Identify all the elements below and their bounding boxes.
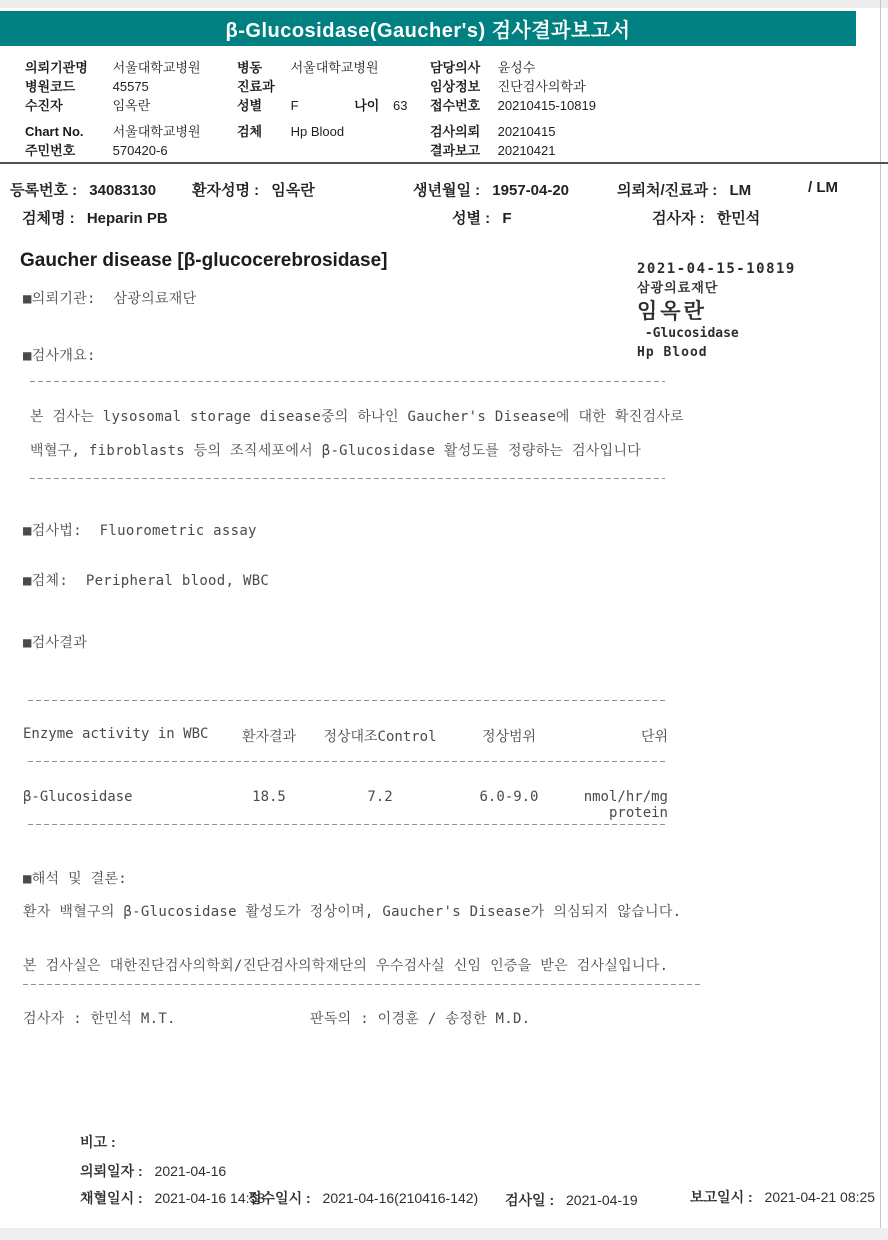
reader-signature: 판독의 : 이경훈 / 송정한 M.D. [310, 1008, 530, 1028]
field-value: 삼광의료재단 [114, 291, 197, 307]
stamp-accession-number: 2021-04-15-10819 [637, 261, 796, 279]
top-gray-strip [0, 0, 888, 8]
column-header: 환자결과 [228, 726, 310, 746]
test-date: 검사일 : 2021-04-19 [505, 1190, 638, 1210]
field-value: 20210415 [498, 124, 556, 139]
info-row: 병원코드 45575 [25, 77, 201, 96]
column-header: Enzyme activity in WBC [23, 726, 228, 746]
field-value: 20210415-10819 [498, 98, 596, 113]
unit: nmol/hr/mg protein [568, 789, 668, 821]
field-label: 보고일시 : [690, 1189, 753, 1205]
column-header: 단위 [568, 726, 668, 746]
field-label: 병동 [237, 58, 287, 77]
report-datetime: 보고일시 : 2021-04-21 08:25 [690, 1187, 875, 1207]
info-row: 의뢰기관명 서울대학교병원 [25, 58, 201, 77]
field-label: 진료과 [237, 77, 287, 96]
dashed-divider [30, 381, 665, 382]
field-label: 수진자 [25, 96, 109, 115]
info-row: 병동 서울대학교병원 [237, 58, 407, 77]
field-label: 결과보고 [430, 141, 494, 160]
field-value: / LM [808, 179, 838, 196]
info-column-right: 담당의사 윤성수 임상정보 진단검사의학과 접수번호 20210415-1081… [430, 58, 596, 160]
interpretation-text: 환자 백혈구의 β-Glucosidase 활성도가 정상이며, Gaucher… [23, 901, 681, 921]
page-right-border [880, 0, 881, 1240]
overview-section-label: ■검사개요: [23, 345, 96, 365]
info-row: 성별 F 나이 63 [237, 96, 407, 115]
info-row: 주민번호 570420-6 [25, 141, 201, 160]
field-label: 생년월일 : [413, 182, 480, 199]
examiner-name: 검사자 : 한민석 [652, 207, 760, 228]
field-value: 서울대학교병원 [113, 124, 201, 139]
column-header: 정상범위 [450, 726, 568, 746]
overview-text-line2: 백혈구, fibroblasts 등의 조직세포에서 β-Glucosidase… [30, 440, 641, 460]
info-column-middle: 병동 서울대학교병원 진료과 성별 F 나이 63 검체 Hp Blood [237, 58, 407, 141]
field-label: 검체 [237, 122, 287, 141]
interpretation-section-label: ■해석 및 결론: [23, 868, 127, 888]
dashed-divider [23, 984, 703, 985]
field-value: Heparin PB [87, 210, 168, 227]
dashed-divider [28, 761, 668, 762]
field-label: 의뢰일자 : [80, 1163, 143, 1179]
method-line: ■검사법: Fluorometric assay [23, 520, 257, 540]
referring-department: 의뢰처/진료과 : LM [617, 179, 751, 200]
field-value: 임옥란 [113, 98, 151, 113]
field-label: 검사자 : [652, 210, 705, 227]
field-value: LM [729, 182, 751, 199]
field-value: 2021-04-16(210416-142) [323, 1190, 479, 1206]
request-date: 의뢰일자 : 2021-04-16 [80, 1161, 226, 1181]
stamp-test-name: -Glucosidase [637, 326, 796, 342]
field-label: 성별 [237, 96, 287, 115]
field-value: Fluorometric assay [100, 523, 257, 539]
specimen-name: 검체명 : Heparin PB [22, 207, 168, 228]
field-value: 45575 [113, 79, 149, 94]
overview-text-line1: 본 검사는 lysosomal storage disease중의 하나인 Ga… [30, 406, 684, 426]
field-value: 1957-04-20 [492, 182, 569, 199]
field-value: F [502, 210, 511, 227]
stamp-patient-name: 임옥란 [637, 298, 796, 324]
field-value: Peripheral blood, WBC [86, 573, 269, 589]
info-row: 검체 Hp Blood [237, 122, 407, 141]
field-label: 접수일시 : [248, 1190, 311, 1206]
referral-institution-line: ■의뢰기관: 삼광의료재단 [23, 288, 196, 308]
patient-result-value: 18.5 [228, 789, 310, 821]
remark-label: 비고 : [80, 1132, 116, 1152]
field-label: 의뢰처/진료과 : [617, 182, 717, 199]
field-label: 환자성명 : [192, 182, 259, 199]
receipt-datetime: 접수일시 : 2021-04-16(210416-142) [248, 1188, 478, 1208]
info-column-left: 의뢰기관명 서울대학교병원 병원코드 45575 수진자 임옥란 Chart N… [25, 58, 201, 160]
field-value: 진단검사의학과 [498, 79, 586, 94]
dashed-divider [30, 478, 665, 479]
dashed-divider [28, 824, 668, 825]
field-label: 성별 : [452, 210, 490, 227]
registration-number: 등록번호 : 34083130 [10, 179, 156, 200]
field-label: 나이 [354, 98, 379, 113]
column-header: 정상대조Control [310, 726, 450, 746]
result-section-label: ■검사결과 [23, 632, 87, 652]
info-row: 임상정보 진단검사의학과 [430, 77, 596, 96]
dashed-divider [28, 700, 668, 701]
stamp-specimen-type: Hp Blood [637, 345, 796, 361]
field-label: 주민번호 [25, 141, 109, 160]
control-value: 7.2 [310, 789, 450, 821]
field-label: 검체명 : [22, 210, 75, 227]
field-label: 접수번호 [430, 96, 494, 115]
info-row: 담당의사 윤성수 [430, 58, 596, 77]
referring-department-second: / LM [808, 179, 838, 196]
field-value: 2021-04-16 [155, 1163, 227, 1179]
analyte-name: β-Glucosidase [23, 789, 228, 821]
info-row: 진료과 [237, 77, 407, 96]
specimen-line: ■검체: Peripheral blood, WBC [23, 570, 269, 590]
field-label: 담당의사 [430, 58, 494, 77]
bottom-gray-strip [0, 1228, 888, 1240]
accreditation-statement: 본 검사실은 대한진단검사의학회/진단검사의학재단의 우수검사실 신임 인증을 … [23, 955, 668, 975]
specimen-label-stamp: 2021-04-15-10819 삼광의료재단 임옥란 -Glucosidase… [637, 261, 796, 362]
info-row: Chart No. 서울대학교병원 [25, 122, 201, 141]
field-value: 윤성수 [498, 60, 536, 75]
field-label: 병원코드 [25, 77, 109, 96]
result-table-data-row: β-Glucosidase 18.5 7.2 6.0-9.0 nmol/hr/m… [23, 789, 668, 821]
test-name-title: Gaucher disease [β-glucocerebrosidase] [20, 250, 387, 272]
field-label: 검사일 : [505, 1192, 554, 1208]
reference-range: 6.0-9.0 [450, 789, 568, 821]
field-label: 등록번호 : [10, 182, 77, 199]
field-value: 20210421 [498, 143, 556, 158]
birth-date: 생년월일 : 1957-04-20 [413, 179, 569, 200]
patient-sex: 성별 : F [452, 207, 512, 228]
field-label: Chart No. [25, 122, 109, 141]
field-value: F [291, 96, 351, 115]
field-value: Hp Blood [291, 124, 344, 139]
field-label: 검사의뢰 [430, 122, 494, 141]
field-label: 임상정보 [430, 77, 494, 96]
field-label: ■검체: [23, 573, 68, 589]
report-title-banner: β-Glucosidase(Gaucher's) 검사결과보고서 [0, 11, 856, 46]
report-title: β-Glucosidase(Gaucher's) 검사결과보고서 [226, 14, 631, 43]
field-value: 한민석 [717, 210, 760, 227]
patient-name: 환자성명 : 임옥란 [192, 179, 315, 200]
field-label: 의뢰기관명 [25, 58, 109, 77]
field-value: 34083130 [89, 182, 156, 199]
lab-report-page: β-Glucosidase(Gaucher's) 검사결과보고서 의뢰기관명 서… [0, 0, 888, 1240]
info-row: 결과보고 20210421 [430, 141, 596, 160]
field-value: 서울대학교병원 [291, 60, 379, 75]
field-value: 임옥란 [271, 182, 314, 199]
result-table-header-row: Enzyme activity in WBC 환자결과 정상대조Control … [23, 726, 668, 746]
field-value: 2021-04-19 [566, 1192, 638, 1208]
tester-signature: 검사자 : 한민석 M.T. [23, 1008, 176, 1028]
field-label: 채혈일시 : [80, 1190, 143, 1206]
field-value: 서울대학교병원 [113, 60, 201, 75]
section-divider-line [0, 162, 888, 164]
field-label: ■검사법: [23, 523, 82, 539]
info-row: 검사의뢰 20210415 [430, 122, 596, 141]
collection-datetime: 채혈일시 : 2021-04-16 14:58 [80, 1188, 265, 1208]
info-row: 접수번호 20210415-10819 [430, 96, 596, 115]
field-value: 570420-6 [113, 143, 168, 158]
stamp-institution: 삼광의료재단 [637, 281, 796, 297]
field-value: 63 [393, 98, 407, 113]
field-value: 2021-04-21 08:25 [765, 1189, 876, 1205]
info-row: 수진자 임옥란 [25, 96, 201, 115]
field-label: ■의뢰기관: [23, 291, 96, 307]
